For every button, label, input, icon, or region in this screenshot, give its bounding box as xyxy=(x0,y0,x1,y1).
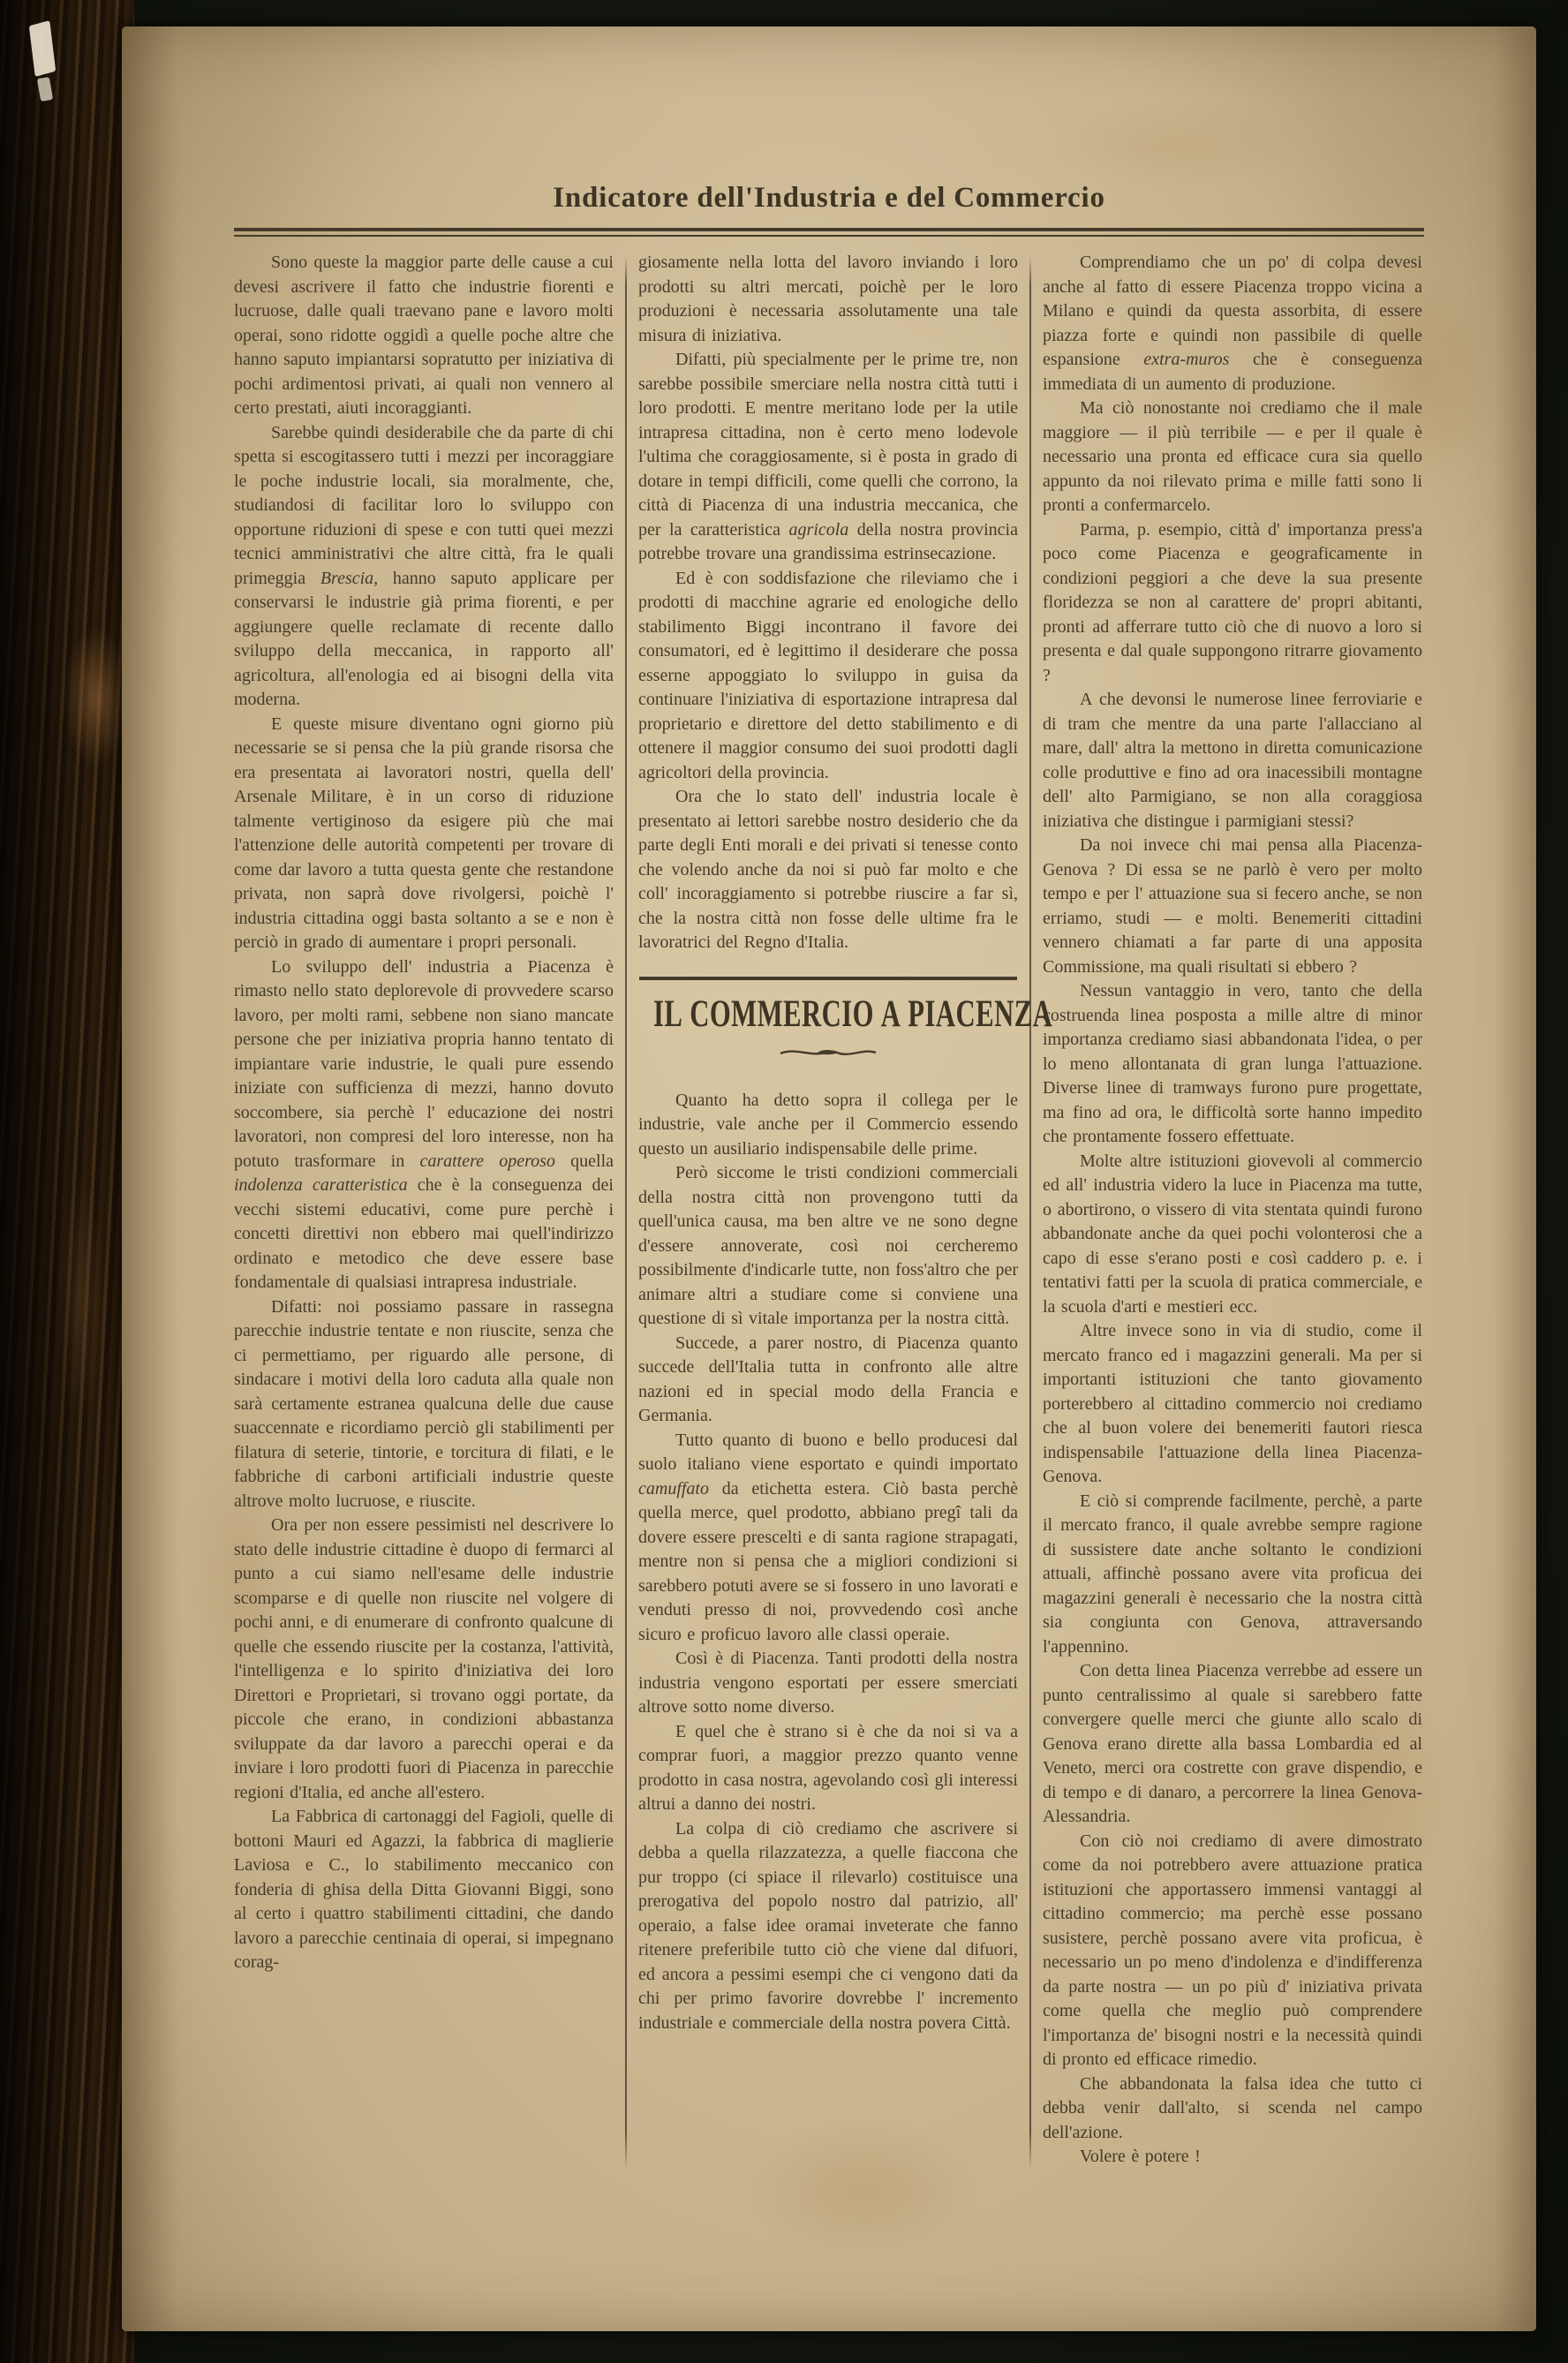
scanned-page: Indicatore dell'Industria e del Commerci… xyxy=(122,26,1536,2331)
paragraph: Altre invece sono in via di studio, come… xyxy=(1043,1319,1422,1490)
column-divider xyxy=(1029,256,1031,2170)
paragraph: Sarebbe quindi desiderabile che da parte… xyxy=(234,421,614,713)
paragraph: La colpa di ciò crediamo che ascrivere s… xyxy=(638,1817,1018,2036)
italic-text: camuffato xyxy=(638,1479,709,1499)
italic-text: agricola xyxy=(789,520,849,540)
paragraph: giosamente nella lotta del lavoro invian… xyxy=(638,251,1018,348)
italic-text: carattere operoso xyxy=(419,1151,554,1171)
paragraph: Nessun vantaggio in vero, tanto che dell… xyxy=(1043,979,1422,1150)
paragraph: Volere è potere ! xyxy=(1043,2145,1422,2170)
column-1: Sono queste la maggior parte delle cause… xyxy=(234,251,614,2170)
paragraph: Quanto ha detto sopra il collega per le … xyxy=(638,1089,1018,1162)
column-2: giosamente nella lotta del lavoro invian… xyxy=(638,251,1018,2170)
paragraph: E queste misure diventano ogni giorno pi… xyxy=(234,713,614,955)
masthead: Indicatore dell'Industria e del Commerci… xyxy=(234,182,1424,215)
paragraph: E quel che è strano si è che da noi si v… xyxy=(638,1720,1018,1817)
paragraph-text: quella xyxy=(555,1151,614,1171)
paragraph: Ed è con soddisfazione che rileviamo che… xyxy=(638,567,1018,786)
paragraph: Succede, a parer nostro, di Piacenza qua… xyxy=(638,1332,1018,1429)
italic-text: extra-muros xyxy=(1143,350,1229,369)
paragraph: Tutto quanto di buono e bello producesi … xyxy=(638,1429,1018,1648)
paragraph: Così è di Piacenza. Tanti prodotti della… xyxy=(638,1647,1018,1720)
paragraph: Comprendiamo che un po' di colpa devesi … xyxy=(1043,251,1422,396)
paragraph-text: Sarebbe quindi desiderabile che da parte… xyxy=(234,423,614,588)
italic-text: indolenza caratteristica xyxy=(234,1175,408,1195)
section-title-wrap: IL COMMERCIO A PIACENZA xyxy=(638,1003,1018,1031)
paragraph: Parma, p. esempio, città d' importanza p… xyxy=(1043,518,1422,689)
text-block: Sono queste la maggior parte delle cause… xyxy=(234,251,1424,2170)
section-title: IL COMMERCIO A PIACENZA xyxy=(653,999,1052,1031)
italic-text: Brescia, xyxy=(320,569,378,588)
paragraph: Con ciò noi crediamo di avere dimostrato… xyxy=(1043,1830,1422,2072)
paragraph: Sono queste la maggior parte delle cause… xyxy=(234,251,614,421)
paragraph: Con detta linea Piacenza verrebbe ad ess… xyxy=(1043,1659,1422,1830)
paragraph: Però siccome le tristi condizioni commer… xyxy=(638,1161,1018,1332)
paragraph: A che devonsi le numerose linee ferrovia… xyxy=(1043,688,1422,834)
paragraph: Ora che lo stato dell' industria locale … xyxy=(638,785,1018,955)
flourish-icon xyxy=(779,1046,878,1060)
paragraph-text: da etichetta estera. Ciò basta perchè qu… xyxy=(638,1479,1018,1644)
paragraph-text: Lo sviluppo dell' industria a Piacenza è… xyxy=(234,957,614,1171)
masthead-double-rule xyxy=(234,228,1424,237)
column-divider xyxy=(625,256,627,2170)
paragraph: Lo sviluppo dell' industria a Piacenza è… xyxy=(234,955,614,1295)
paragraph: Ora per non essere pessimisti nel descri… xyxy=(234,1514,614,1805)
paragraph-text: Difatti, più specialmente per le prime t… xyxy=(638,350,1018,540)
paragraph: La Fabbrica di cartonaggi del Fagioli, q… xyxy=(234,1805,614,1975)
book-binding xyxy=(0,0,134,2363)
masthead-title: Indicatore dell'Industria e del Commerci… xyxy=(553,182,1105,215)
paragraph-text: hanno saputo applicare per conservarsi l… xyxy=(234,569,614,710)
flourish-ornament xyxy=(638,1043,1018,1068)
column-3: Comprendiamo che un po' di colpa devesi … xyxy=(1043,251,1422,2170)
paragraph: Che abbandonata la falsa idea che tutto … xyxy=(1043,2072,1422,2146)
paragraph: Molte altre istituzioni giovevoli al com… xyxy=(1043,1150,1422,1320)
section-rule xyxy=(639,977,1017,980)
paragraph-text: Tutto quanto di buono e bello producesi … xyxy=(638,1431,1018,1475)
paragraph: Ma ciò nonostante noi crediamo che il ma… xyxy=(1043,396,1422,518)
paragraph: Difatti, più specialmente per le prime t… xyxy=(638,348,1018,567)
paragraph: Difatti: noi possiamo passare in rassegn… xyxy=(234,1295,614,1514)
paragraph: Da noi invece chi mai pensa alla Piacenz… xyxy=(1043,834,1422,979)
paragraph: E ciò si comprende facilmente, perchè, a… xyxy=(1043,1490,1422,1660)
